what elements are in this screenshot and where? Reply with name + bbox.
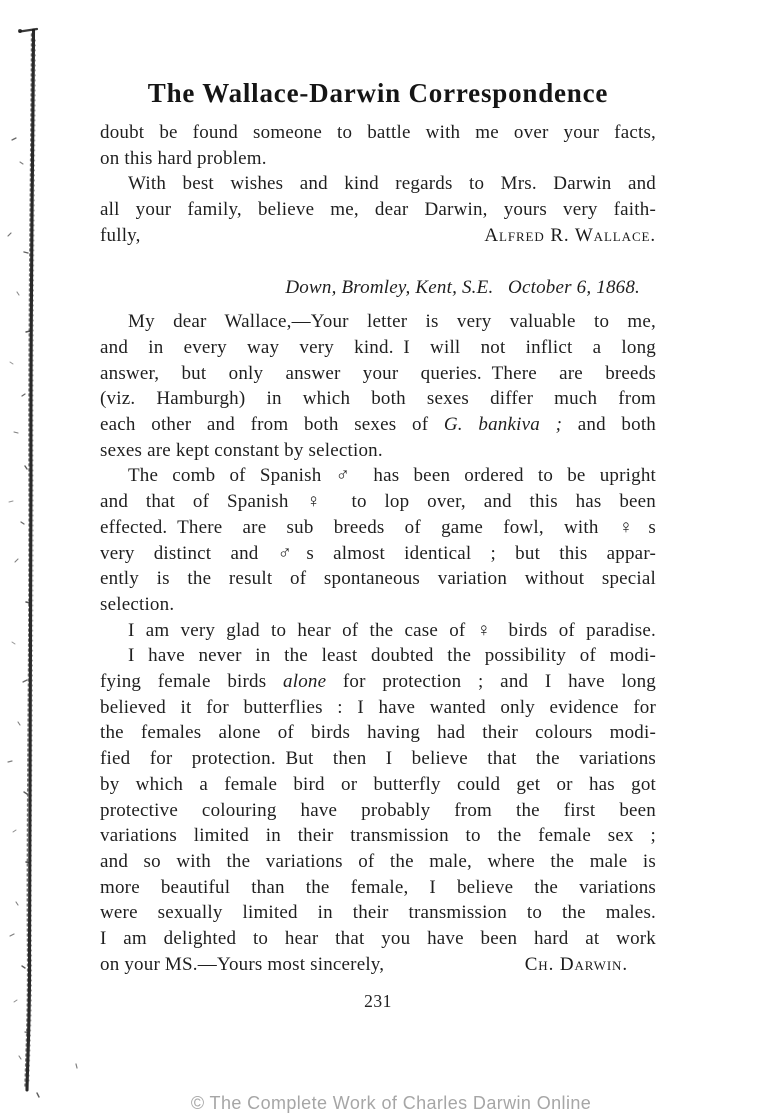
text-line: selection.	[100, 592, 656, 618]
text-line: each other and from both sexes of G. ban…	[100, 412, 656, 438]
text-line: and so with the variations of the male, …	[100, 849, 656, 875]
paragraph-comb-of-spanish: The comb of Spanish ♂ has been ordered t…	[100, 463, 656, 617]
text-line: doubt be found someone to battle with me…	[100, 120, 656, 146]
text-line: believed it for butterflies : I have wan…	[100, 695, 656, 721]
page-number: 231	[100, 991, 656, 1012]
text-line: (viz. Hamburgh) in which both sexes diff…	[100, 386, 656, 412]
text-line: and in every way very kind. I will not i…	[100, 335, 656, 361]
text-line: very distinct and ♂s almost identical ; …	[100, 541, 656, 567]
text-line: I am delighted to hear that you have bee…	[100, 926, 656, 952]
text-line: all your family, believe me, dear Darwin…	[100, 197, 656, 223]
text-line: effected. There are sub breeds of game f…	[100, 515, 656, 541]
wallace-signature: Alfred R. Wallace.	[484, 223, 656, 249]
paragraph-best-wishes: With best wishes and kind regards to Mrs…	[100, 171, 656, 222]
text-line: answer, but only answer your queries. Th…	[100, 361, 656, 387]
text-line: fied for protection. But then I believe …	[100, 746, 656, 772]
wallace-closing-line: fully, Alfred R. Wallace.	[100, 223, 656, 249]
text-line: on this hard problem.	[100, 146, 656, 172]
text-line: by which a female bird or butterfly coul…	[100, 772, 656, 798]
paragraph-never-doubted: I have never in the least doubted the po…	[100, 643, 656, 951]
letter-dateline: Down, Bromley, Kent, S.E. October 6, 186…	[100, 275, 656, 301]
text-line: ently is the result of spontaneous varia…	[100, 566, 656, 592]
scanned-book-page: The Wallace-Darwin Correspondence doubt …	[0, 0, 782, 1113]
footer-credit: © The Complete Work of Charles Darwin On…	[0, 1093, 782, 1113]
page-content: The Wallace-Darwin Correspondence doubt …	[100, 76, 656, 1012]
text-line: sexes are kept constant by selection.	[100, 438, 656, 464]
text-line: variations limited in their transmission…	[100, 823, 656, 849]
book-binding-artifact	[0, 0, 90, 1113]
paragraph-my-dear-wallace: My dear Wallace,—Your letter is very val…	[100, 309, 656, 463]
paragraph-birds-of-paradise: I am very glad to hear of the case of ♀ …	[100, 618, 656, 644]
text-line: fying female birds alone for protection …	[100, 669, 656, 695]
paragraph-intro: doubt be found someone to battle with me…	[100, 120, 656, 171]
darwin-closing-text: on your MS.—Yours most sincerely,	[100, 952, 384, 978]
text-line: protective colouring have probably from …	[100, 798, 656, 824]
text-line: more beautiful than the female, I believ…	[100, 875, 656, 901]
text-line: were sexually limited in their transmiss…	[100, 900, 656, 926]
text-line: With best wishes and kind regards to Mrs…	[100, 171, 656, 197]
wallace-closing-text: fully,	[100, 223, 141, 249]
text-line: I have never in the least doubted the po…	[100, 643, 656, 669]
darwin-closing-line: on your MS.—Yours most sincerely, Ch. Da…	[100, 952, 656, 978]
text-line: The comb of Spanish ♂ has been ordered t…	[100, 463, 656, 489]
page-title: The Wallace-Darwin Correspondence	[100, 76, 656, 110]
text-line: I am very glad to hear of the case of ♀ …	[100, 618, 656, 644]
text-line: My dear Wallace,—Your letter is very val…	[100, 309, 656, 335]
text-line: the females alone of birds having had th…	[100, 720, 656, 746]
darwin-signature: Ch. Darwin.	[525, 952, 628, 978]
text-line: and that of Spanish ♀ to lop over, and t…	[100, 489, 656, 515]
